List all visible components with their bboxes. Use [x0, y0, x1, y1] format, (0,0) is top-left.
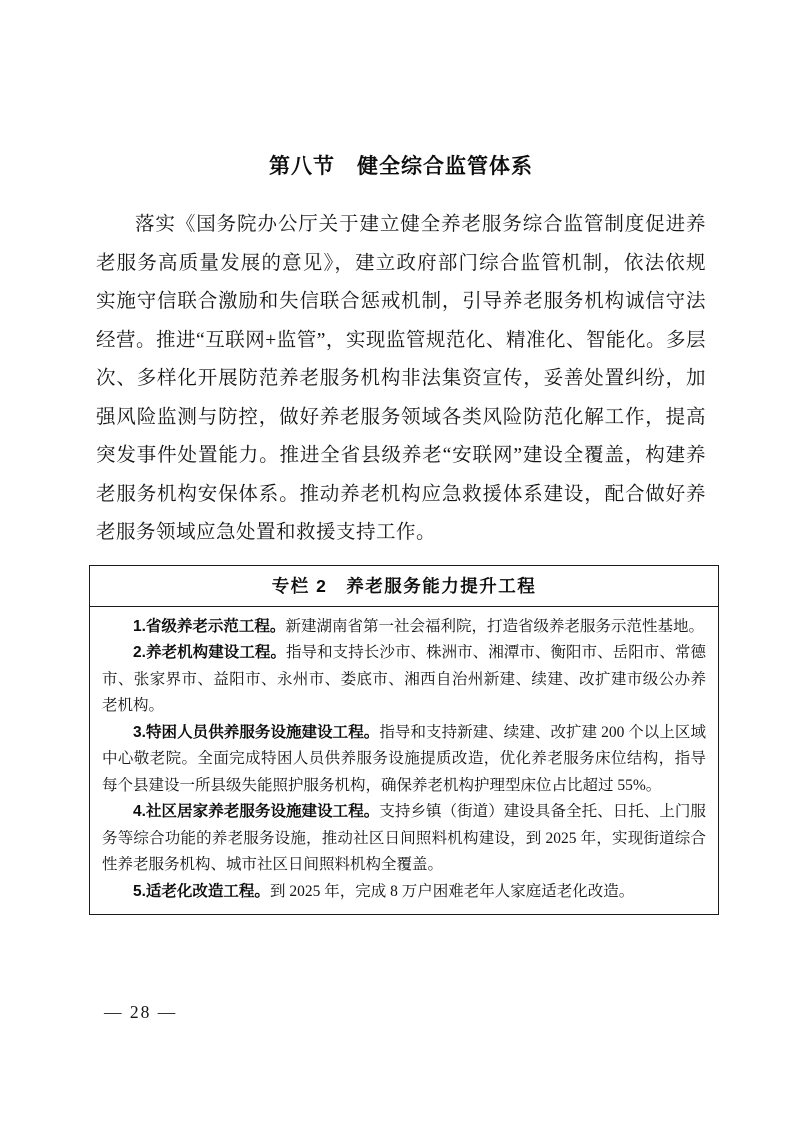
document-page: 第八节 健全综合监管体系 落实《国务院办公厅关于建立健全养老服务综合监管制度促进…: [0, 0, 793, 1122]
box-item-label: 5.适老化改造工程。: [133, 883, 270, 900]
box-item: 1.省级养老示范工程。新建湖南省第一社会福利院，打造省级养老服务示范性基地。: [102, 614, 706, 641]
box-item-text: 新建湖南省第一社会福利院，打造省级养老服务示范性基地。: [285, 618, 704, 635]
box-item-label: 3.特困人员供养服务设施建设工程。: [133, 724, 379, 741]
callout-box-title: 专栏 2 养老服务能力提升工程: [90, 566, 718, 607]
box-item-text: 到 2025 年，完成 8 万户困难老年人家庭适老化改造。: [270, 883, 634, 900]
page-number: — 28 —: [104, 1002, 177, 1023]
body-paragraph: 落实《国务院办公厅关于建立健全养老服务综合监管制度促进养老服务高质量发展的意见》…: [96, 206, 706, 553]
box-item-label: 4.社区居家养老服务设施建设工程。: [133, 803, 379, 820]
callout-box-body: 1.省级养老示范工程。新建湖南省第一社会福利院，打造省级养老服务示范性基地。 2…: [90, 607, 718, 915]
section-title: 第八节 健全综合监管体系: [96, 150, 706, 180]
box-item: 3.特困人员供养服务设施建设工程。指导和支持新建、续建、改扩建 200 个以上区…: [102, 720, 706, 800]
box-item-label: 1.省级养老示范工程。: [133, 618, 285, 635]
box-item-label: 2.养老机构建设工程。: [133, 644, 286, 661]
callout-box: 专栏 2 养老服务能力提升工程 1.省级养老示范工程。新建湖南省第一社会福利院，…: [89, 565, 719, 916]
box-item: 5.适老化改造工程。到 2025 年，完成 8 万户困难老年人家庭适老化改造。: [102, 879, 706, 906]
box-item: 2.养老机构建设工程。指导和支持长沙市、株洲市、湘潭市、衡阳市、岳阳市、常德市、…: [102, 640, 706, 720]
box-item: 4.社区居家养老服务设施建设工程。支持乡镇（街道）建设具备全托、日托、上门服务等…: [102, 799, 706, 879]
